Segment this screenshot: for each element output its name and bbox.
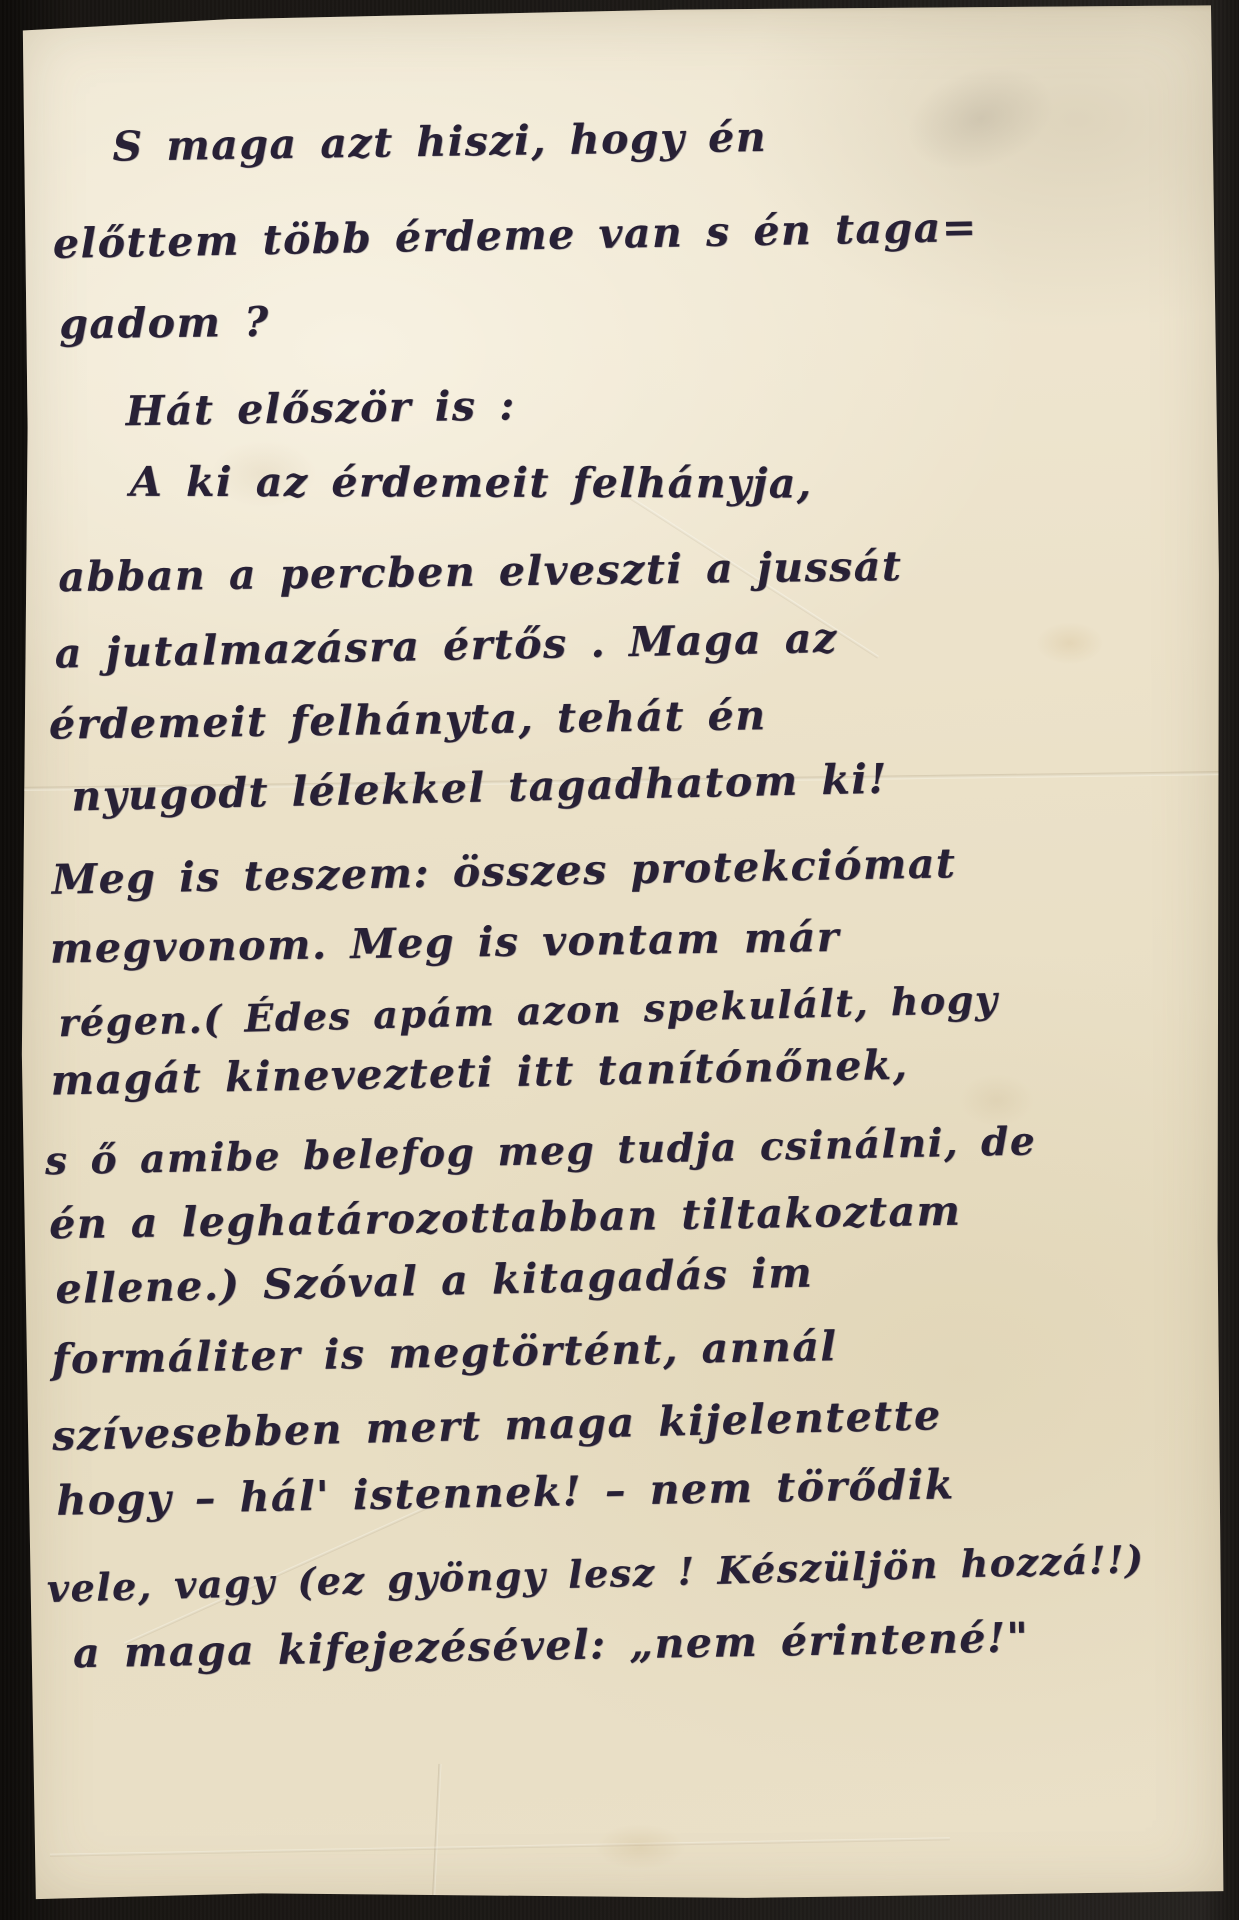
handwritten-line: a maga kifejezésével: „nem érintené!" <box>73 1615 1030 1676</box>
paper-stain <box>580 1817 700 1878</box>
handwritten-line: előttem több érdeme van s én taga= <box>53 205 978 267</box>
handwritten-line: ellene.) Szóval a kitagadás im <box>55 1251 814 1313</box>
fold-crease <box>431 1764 441 1914</box>
handwritten-line: formáliter is megtörtént, annál <box>51 1324 837 1382</box>
handwritten-line: S maga azt hiszi, hogy én <box>112 115 767 170</box>
handwritten-line: Meg is teszem: összes protekciómat <box>51 841 956 903</box>
handwritten-line: nyugodt lélekkel tagadhatom ki! <box>71 757 888 820</box>
corner-crease <box>865 25 1096 211</box>
handwritten-line: A ki az érdemeit felhányja, <box>130 460 813 507</box>
handwritten-line: megvonom. Meg is vontam már <box>50 915 841 972</box>
handwritten-line: érdemeit felhányta, tehát én <box>49 693 767 747</box>
handwritten-line: abban a percben elveszti a jussát <box>58 544 902 600</box>
handwritten-line: vele, vagy (ez gyöngy lesz ! Készüljön h… <box>46 1538 1145 1609</box>
handwritten-line: magát kinevezteti itt tanítónőnek, <box>50 1043 909 1104</box>
handwritten-line: hogy – hál' istennek! – nem törődik <box>56 1462 955 1524</box>
handwritten-line: én a leghatározottabban tiltakoztam <box>49 1189 962 1248</box>
fold-crease <box>50 1837 950 1856</box>
handwritten-line: régen.( Édes apám azon spekulált, hogy <box>58 979 999 1045</box>
handwritten-line: Hát először is : <box>125 383 516 434</box>
handwritten-line: szívesebben mert maga kijelentette <box>52 1393 942 1459</box>
handwritten-line: s ő amibe belefog meg tudja csinálni, de <box>45 1120 1037 1183</box>
handwritten-line: a jutalmazásra értős . Maga az <box>54 616 838 677</box>
handwritten-line: gadom ? <box>59 300 270 347</box>
paper-stain <box>1025 615 1115 671</box>
letter-page: S maga azt hiszi, hogy én előttem több é… <box>12 4 1230 1909</box>
photo-background-mat: S maga azt hiszi, hogy én előttem több é… <box>0 0 1239 1920</box>
